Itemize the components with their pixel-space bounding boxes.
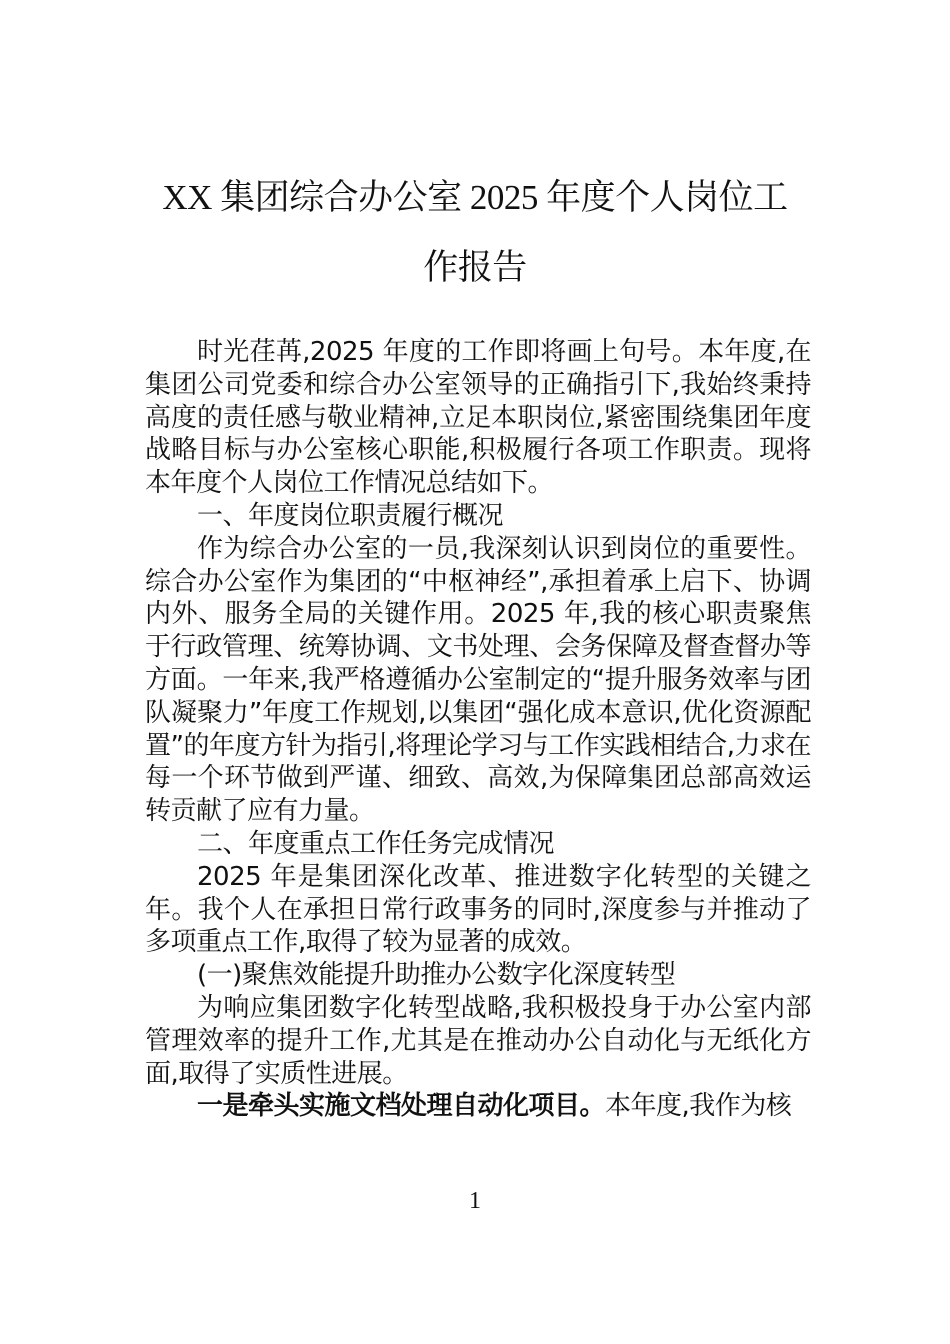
section-heading-2: 二、年度重点工作任务完成情况 [145,828,811,861]
section-heading-1: 一、年度岗位职责履行概况 [145,500,811,533]
document-body: 时光荏苒,2025 年度的工作即将画上句号。本年度,在集团公司党委和综合办公室领… [145,336,811,1123]
page-number: 1 [0,1188,950,1215]
paragraph-text: 本年度,我作为核 [605,1091,791,1121]
subsection-heading-1: (一)聚焦效能提升助推办公数字化深度转型 [145,959,811,992]
document-title: XX 集团综合办公室 2025 年度个人岗位工 作报告 [140,163,810,303]
body-paragraph: 作为综合办公室的一员,我深刻认识到岗位的重要性。综合办公室作为集团的“中枢神经”… [145,533,811,828]
intro-paragraph: 时光荏苒,2025 年度的工作即将画上句号。本年度,在集团公司党委和综合办公室领… [145,336,811,500]
document-page: XX 集团综合办公室 2025 年度个人岗位工 作报告 时光荏苒,2025 年度… [0,0,950,1344]
title-line-1: XX 集团综合办公室 2025 年度个人岗位工 [140,163,810,233]
body-paragraph: 2025 年是集团深化改革、推进数字化转型的关键之年。我个人在承担日常行政事务的… [145,861,811,959]
body-paragraph-mixed: 一是牵头实施文档处理自动化项目。本年度,我作为核 [145,1090,811,1123]
bold-lead-text: 一是牵头实施文档处理自动化项目。 [197,1091,605,1121]
body-paragraph: 为响应集团数字化转型战略,我积极投身于办公室内部管理效率的提升工作,尤其是在推动… [145,992,811,1090]
title-line-2: 作报告 [140,233,810,303]
